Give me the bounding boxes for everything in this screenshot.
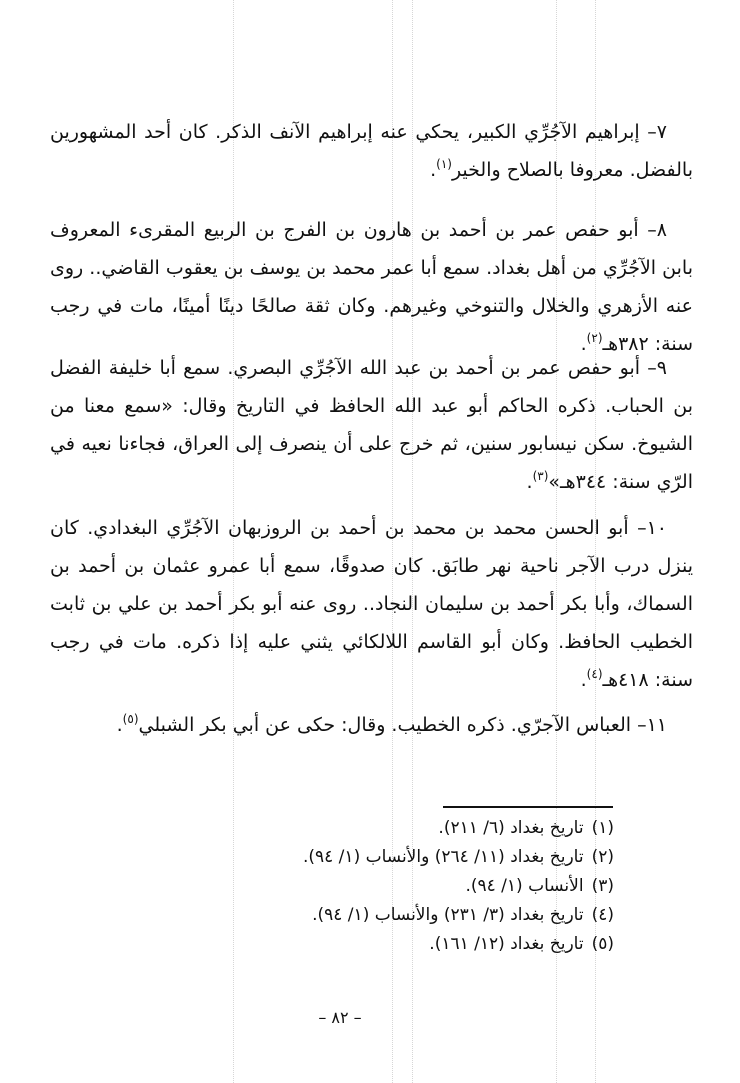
footnote-text: تاريخ بغداد (١٢/ ١٦١). [429, 934, 583, 954]
footnote-text: تاريخ بغداد (٣/ ٢٣١) والأنساب (١/ ٩٤). [312, 905, 583, 925]
entry-text: – أبو الحسن محمد بن محمد بن أحمد بن الرو… [50, 517, 693, 691]
footnote-2: (٢)تاريخ بغداد (١١/ ٢٦٤) والأنساب (١/ ٩٤… [200, 843, 614, 872]
entry-7: ٧– إبراهيم الآجُرِّي الكبير، يحكي عنه إب… [50, 113, 693, 189]
footnote-4: (٤)تاريخ بغداد (٣/ ٢٣١) والأنساب (١/ ٩٤)… [200, 901, 614, 930]
footnote-number: (١) [592, 814, 614, 843]
footnote-number: (٤) [592, 901, 614, 930]
footnote-text: تاريخ بغداد (٦/ ٢١١). [438, 818, 583, 838]
entry-number: ١١ [647, 714, 667, 736]
footnote-reference[interactable]: (١) [436, 157, 452, 171]
entry-number: ٩ [657, 357, 667, 379]
footnote-reference[interactable]: (٤) [587, 667, 603, 681]
footnote-text: الأنساب (١/ ٩٤). [465, 876, 583, 896]
footnote-number: (٣) [592, 872, 614, 901]
footnote-1: (١)تاريخ بغداد (٦/ ٢١١). [200, 814, 614, 843]
document-page: ٧– إبراهيم الآجُرِّي الكبير، يحكي عنه إب… [0, 0, 740, 1083]
footnote-3: (٣)الأنساب (١/ ٩٤). [200, 872, 614, 901]
footnotes: (١)تاريخ بغداد (٦/ ٢١١). (٢)تاريخ بغداد … [200, 814, 614, 959]
footnote-reference[interactable]: (٥) [123, 712, 139, 726]
footnote-number: (٢) [592, 843, 614, 872]
entry-number: ١٠ [647, 517, 667, 539]
entry-number: ٧ [657, 121, 667, 143]
footnote-number: (٥) [592, 930, 614, 959]
page-number: – ٨٢ – [300, 1008, 380, 1027]
entry-8: ٨– أبو حفص عمر بن أحمد بن هارون بن الفرج… [50, 211, 693, 363]
entry-text: – إبراهيم الآجُرِّي الكبير، يحكي عنه إبر… [50, 121, 693, 181]
entry-9: ٩– أبو حفص عمر بن أحمد بن عبد الله الآجُ… [50, 349, 693, 501]
entry-10: ١٠– أبو الحسن محمد بن محمد بن أحمد بن ال… [50, 509, 693, 699]
entry-paragraph: ٧– إبراهيم الآجُرِّي الكبير، يحكي عنه إب… [50, 113, 693, 189]
footnote-separator [443, 806, 613, 808]
entry-paragraph: ١١– العباس الآجرّي. ذكره الخطيب. وقال: ح… [50, 706, 693, 744]
footnote-5: (٥)تاريخ بغداد (١٢/ ١٦١). [200, 930, 614, 959]
footnote-reference[interactable]: (٢) [587, 331, 603, 345]
entry-11: ١١– العباس الآجرّي. ذكره الخطيب. وقال: ح… [50, 706, 693, 744]
footnote-text: تاريخ بغداد (١١/ ٢٦٤) والأنساب (١/ ٩٤). [303, 847, 584, 867]
footnote-reference[interactable]: (٣) [533, 469, 549, 483]
entry-paragraph: ٩– أبو حفص عمر بن أحمد بن عبد الله الآجُ… [50, 349, 693, 501]
entry-text: – أبو حفص عمر بن أحمد بن عبد الله الآجُر… [50, 357, 693, 493]
entry-paragraph: ٨– أبو حفص عمر بن أحمد بن هارون بن الفرج… [50, 211, 693, 363]
entry-paragraph: ١٠– أبو الحسن محمد بن محمد بن أحمد بن ال… [50, 509, 693, 699]
entry-text: – العباس الآجرّي. ذكره الخطيب. وقال: حكى… [139, 714, 647, 736]
entry-number: ٨ [657, 219, 667, 241]
